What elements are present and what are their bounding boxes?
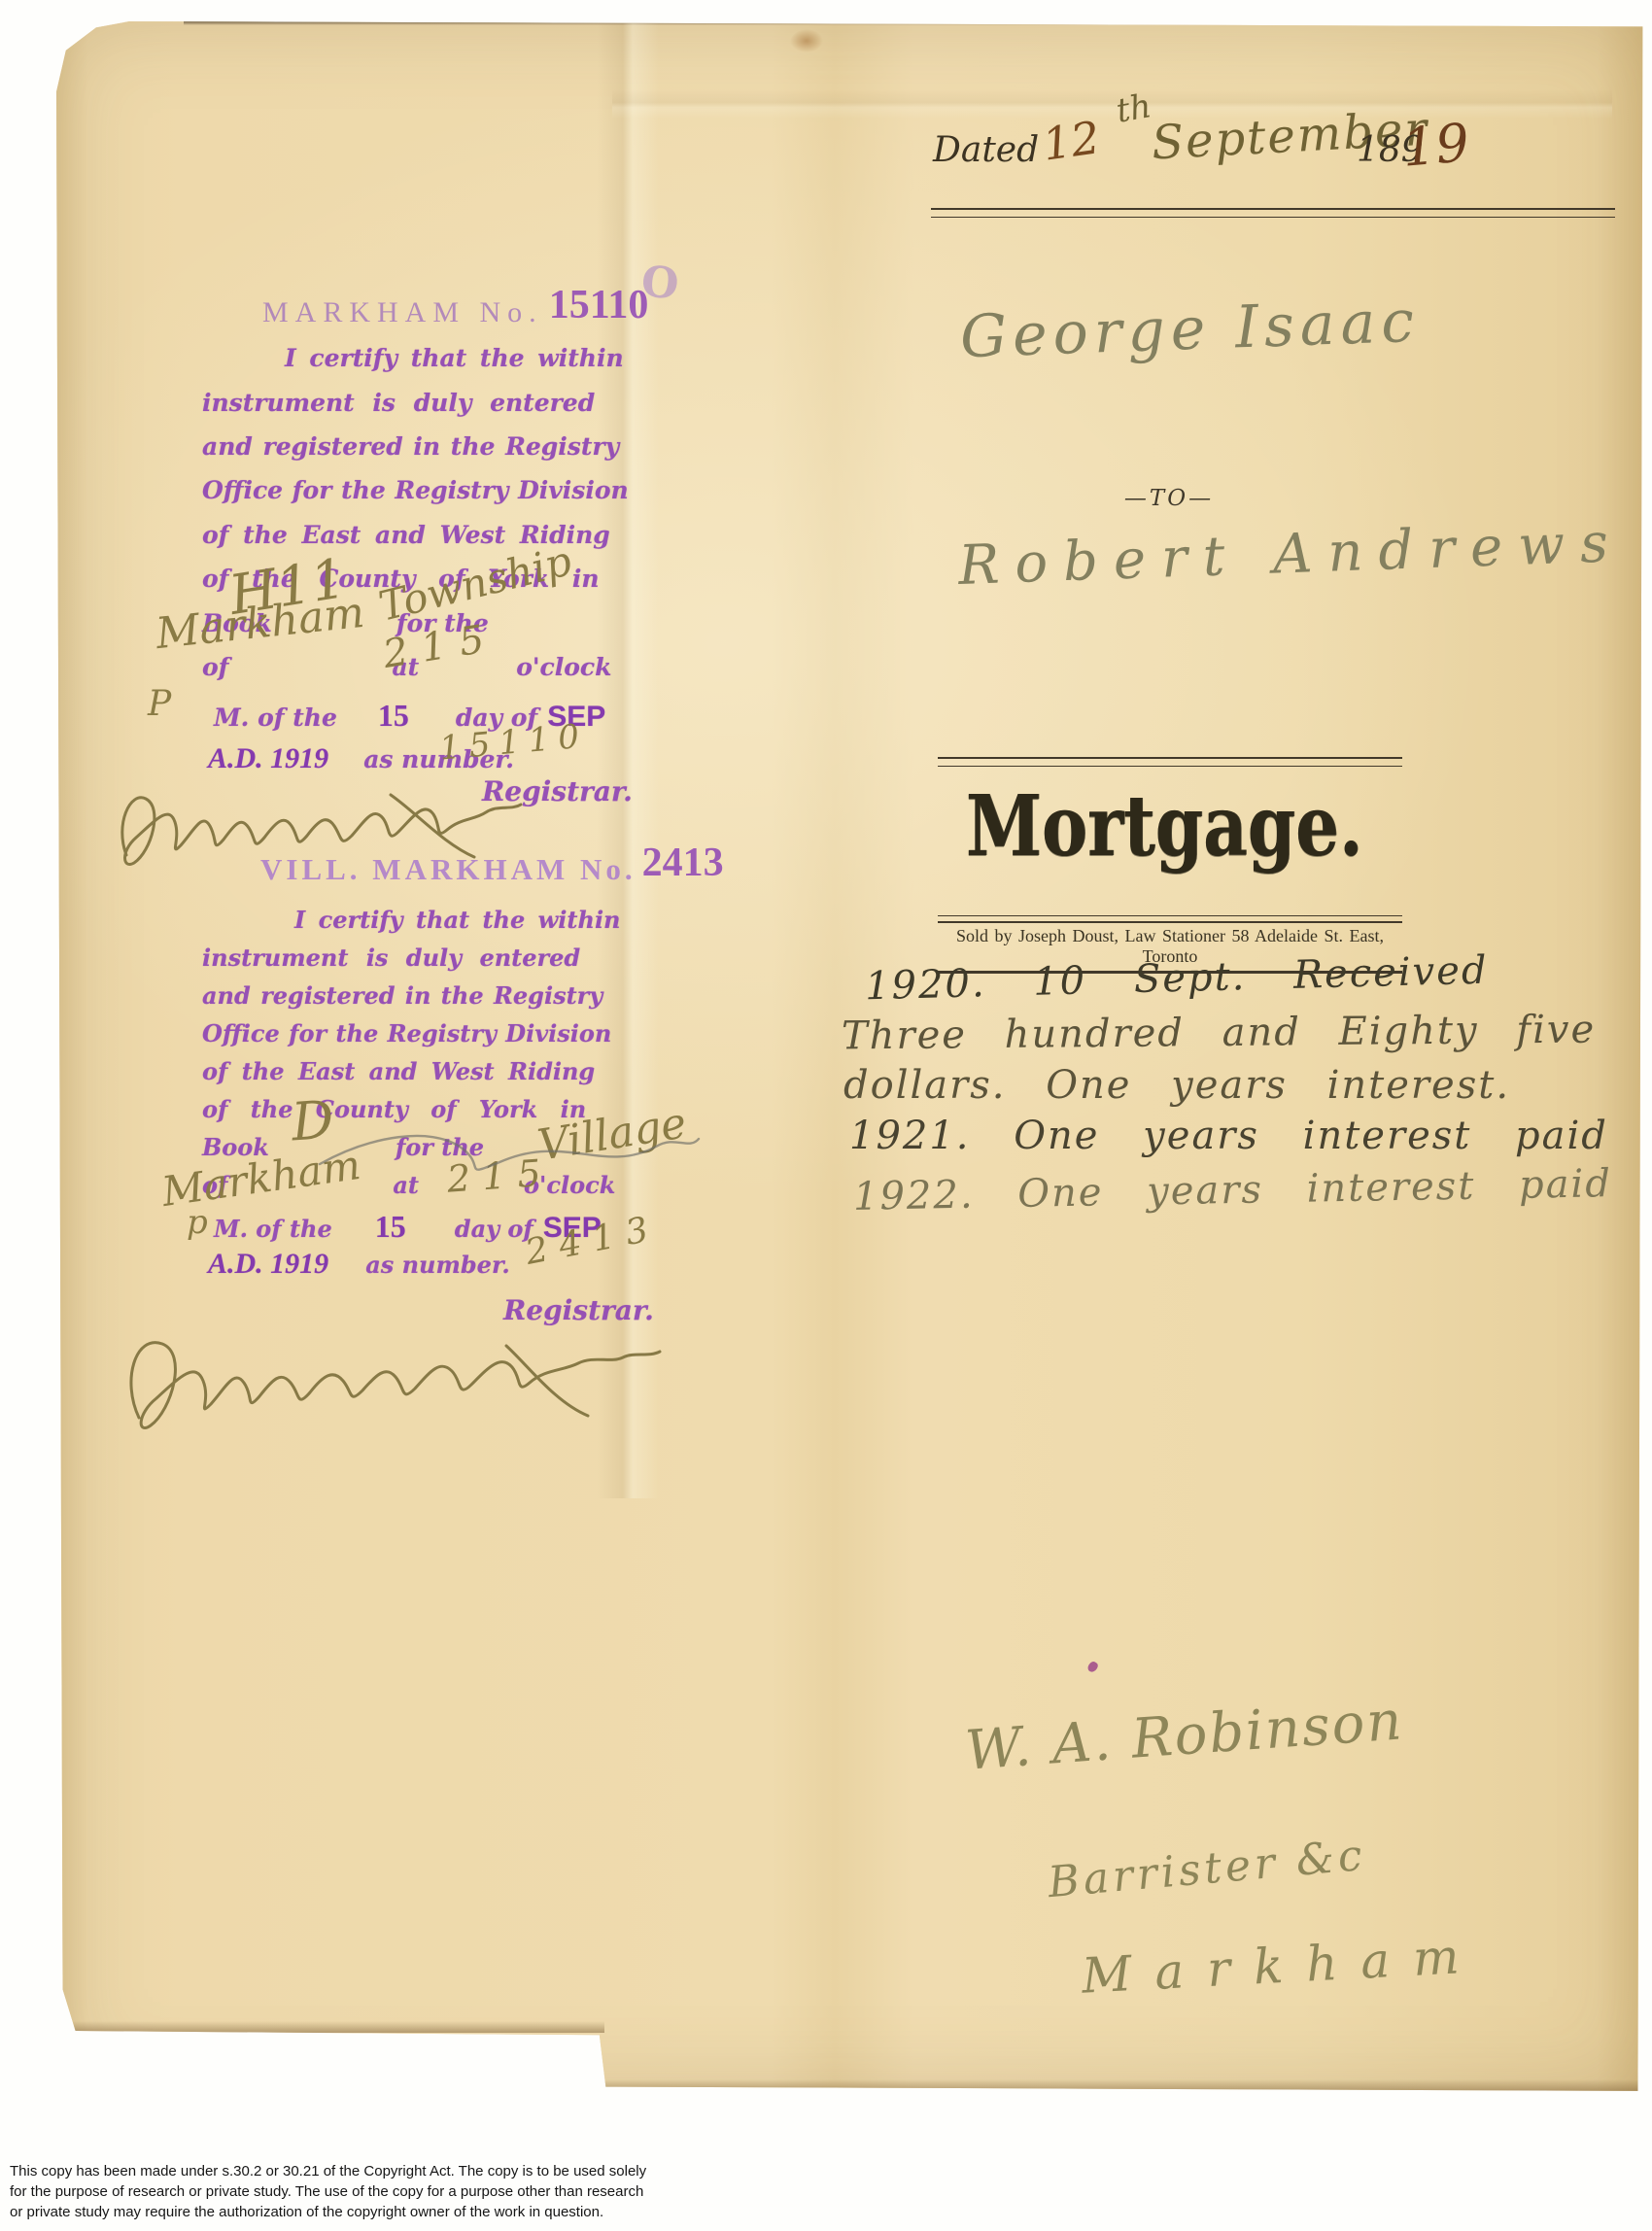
stamp-cert-line: of the East and West Riding (202, 1057, 595, 1085)
copyright-line: for the purpose of research or private s… (10, 2181, 709, 2202)
stamp-cert-line: and registered in the Registry (202, 981, 602, 1010)
stamp-cert-line: Office for the Registry Division (202, 1019, 611, 1047)
double-rule-under-date (931, 208, 1615, 218)
ad-year: A.D. 1919 (208, 1248, 328, 1280)
paper-bottom-edge-left (72, 2021, 603, 2033)
payment-note-line: Three hundred and Eighty five (842, 1008, 1597, 1059)
pencil-scrawl (314, 1117, 703, 1185)
paper-top-edge (184, 21, 1644, 25)
meridiem-label: M. of the (214, 1215, 332, 1243)
meridiem-label: M. of the (214, 704, 337, 732)
handwritten-ordinal: th (1114, 86, 1154, 131)
payment-note-line: 1922. One years interest paid (853, 1161, 1613, 1219)
grantor-name: George Isaac (959, 288, 1421, 371)
double-rule-above-title (938, 757, 1402, 767)
handwritten-meridiem: p (187, 1203, 208, 1242)
stamp-cert-line: and registered in the Registry (202, 432, 619, 461)
payment-note-line: dollars. One years interest. (843, 1063, 1510, 1108)
day-of-label: day of (455, 1215, 533, 1243)
stamp-number-line: A.D. 1919as number. (208, 1248, 510, 1281)
stationer-hairline (938, 915, 1402, 916)
prepared-by-place: Markham (1081, 1927, 1484, 2005)
stamp-cert-line: I certify that the within (285, 344, 624, 372)
copyright-notice: This copy has been made under s.30.2 or … (10, 2161, 709, 2222)
to-separator: —TO— (1106, 486, 1232, 511)
stamp-cert-line: Office for the Registry Division (202, 476, 629, 504)
copyright-line: This copy has been made under s.30.2 or … (10, 2161, 709, 2181)
stamp-number: 2413 (642, 841, 724, 885)
title-text: Mortgage. (966, 777, 1363, 875)
day-value: 15 (375, 1209, 406, 1244)
stamp-cert-line: instrument is duly entered (202, 944, 580, 972)
as-number-label: as number. (365, 1251, 510, 1279)
registry-stamp-township: MARKHAM No.15110 I certify that the with… (202, 276, 746, 917)
paper-bottom-edge-right (602, 2079, 1641, 2091)
copyright-line: or private study may require the authori… (10, 2202, 709, 2222)
paper-stain (790, 29, 823, 52)
stamp-heading: MARKHAM No.15110 (262, 282, 648, 329)
handwritten-municipality: Markham (154, 588, 366, 659)
payment-note-line: 1921. One years interest paid (849, 1114, 1608, 1158)
ink-speck (1086, 1660, 1099, 1673)
day-value: 15 (378, 698, 409, 733)
stamp-cert-line: instrument is duly entered (202, 389, 595, 417)
handwritten-day: 12 (1040, 111, 1103, 171)
handwritten-year: 19 (1399, 112, 1471, 179)
grantee-name: Robert Andrews (957, 511, 1625, 598)
stamp-cert-line: I certify that the within (294, 906, 621, 934)
registrar-signature (120, 1317, 683, 1438)
stamp-heading: VILL. MARKHAM No.2413 (260, 840, 724, 887)
handwritten-meridiem: P (148, 684, 171, 724)
document-title: Mortgage. (912, 777, 1417, 875)
registry-stamp-village: VILL. MARKHAM No.2413 I certify that the… (202, 836, 746, 1477)
prepared-by-name: W. A. Robinson (963, 1689, 1405, 1782)
stamp-heading-text: VILL. MARKHAM No. (260, 852, 637, 886)
oclock-label: o'clock (516, 653, 611, 681)
dated-label: Dated (933, 130, 1039, 170)
of-label: of (202, 653, 228, 681)
stamp-heading-text: MARKHAM No. (262, 296, 543, 328)
prepared-by-occupation: Barrister &c (1046, 1831, 1367, 1907)
stamp-number: 15110 (549, 283, 649, 327)
document-page: O Dated 12 th September 189 19 George Is… (56, 21, 1644, 2093)
